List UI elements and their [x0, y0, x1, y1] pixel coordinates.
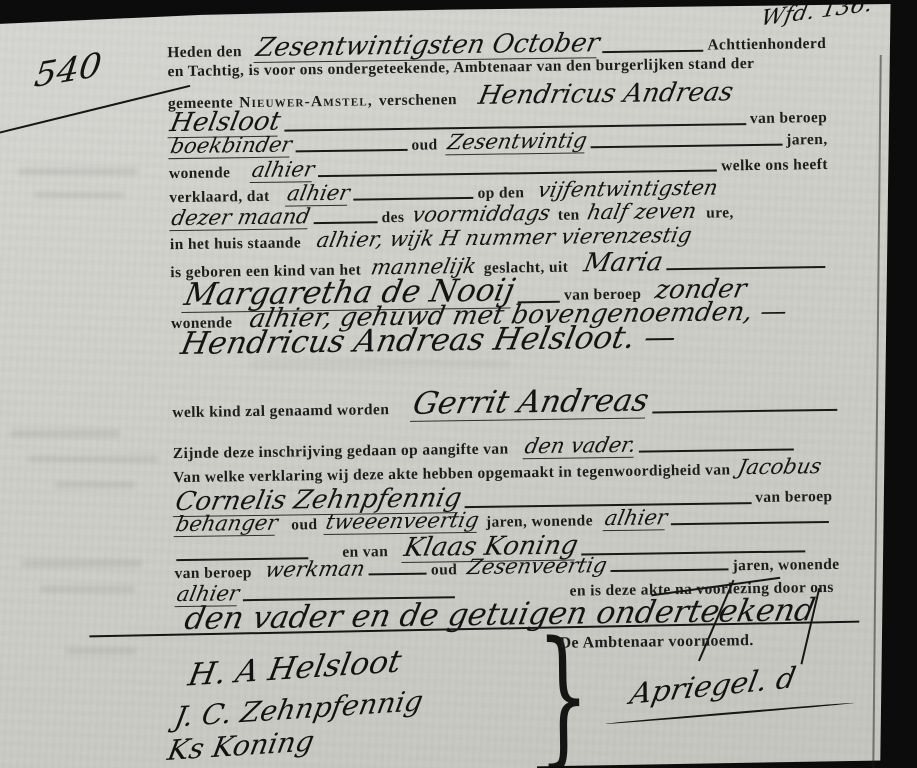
rule-line: [369, 573, 427, 576]
printed-text: oud: [411, 136, 437, 154]
scanned-birth-record-page: 540 Wfd. 136. Heden den Zesentwintigsten…: [0, 0, 917, 768]
printed-text: oud: [431, 561, 457, 579]
act-number: 540: [33, 48, 104, 93]
act-number-flourish: [0, 85, 190, 136]
handwritten-witness1-firstname: Jacobus: [736, 456, 823, 478]
printed-text: jaren, wonende: [732, 556, 839, 575]
printed-text: welke ons heeft: [721, 156, 828, 175]
handwritten-witness2-occupation: werkman: [264, 558, 367, 580]
record-content: 540 Wfd. 136. Heden den Zesentwintigsten…: [0, 0, 917, 768]
printed-text: jaren,: [786, 131, 828, 150]
printed-text: des: [381, 209, 404, 227]
printed-text: Heden den: [167, 43, 242, 62]
rule-line: [603, 50, 704, 53]
handwritten-occupation: boekbinder: [168, 134, 293, 159]
printed-text: van beroep: [750, 109, 828, 128]
printed-text: oud: [291, 516, 317, 534]
handwritten-witness1-occupation: behanger: [174, 513, 280, 537]
handwritten-hour: half zeven: [586, 201, 699, 224]
rule-line: [295, 149, 407, 153]
printed-text: Achttienhonderd: [707, 35, 826, 55]
printed-text: Zijnde deze inschrijving gedaan op aangi…: [173, 440, 509, 463]
handwritten-child-name: Gerrit Andreas: [410, 385, 651, 421]
rule-line: [354, 197, 474, 201]
printed-text: ten: [558, 206, 580, 224]
handwritten-husband-name: Hendricus Andreas Helsloot. —: [178, 322, 678, 360]
handwritten-residence: alhier: [250, 159, 317, 183]
handwritten-witness2-age: Zesenveertig: [465, 555, 608, 578]
rule-line: [671, 521, 829, 525]
handwritten-age: Zesentwintig: [445, 130, 589, 155]
rule-line: [610, 568, 728, 572]
rule-line: [314, 221, 378, 224]
printed-text: op den: [477, 184, 524, 203]
printed-text: welk kind zal genaamd worden: [172, 401, 389, 422]
printed-text: jaren, wonende: [486, 512, 593, 531]
handwritten-witness1-residence: alhier: [603, 507, 670, 531]
printed-text: ure,: [706, 204, 734, 222]
official-heading-row: De Ambtenaar voornoemd.: [559, 632, 753, 653]
handwritten-birthday: vijfentwintigsten: [536, 176, 850, 201]
handwritten-declarant: den vader.: [522, 435, 637, 460]
official-heading: De Ambtenaar voornoemd.: [559, 632, 753, 653]
line-14: welk kind zal genaamd worden Gerrit Andr…: [172, 383, 841, 425]
handwritten-mother-firstname: Maria: [582, 249, 666, 276]
handwritten-place: alhier: [285, 183, 352, 207]
printed-text: wonende: [169, 164, 231, 183]
handwritten-daypart: voormiddags: [410, 203, 552, 226]
printed-text: in het huis staande: [170, 234, 301, 254]
handwritten-month: dezer maand: [169, 206, 312, 231]
signature-father: H. A Helsloot: [185, 643, 404, 693]
rule-line: [639, 448, 794, 452]
rule-line: [591, 144, 783, 149]
rule-line: [667, 266, 826, 270]
rule-line: [652, 409, 837, 414]
signature-official: Apriegel. d: [627, 660, 798, 710]
line-13: Hendricus Andreas Helsloot. —: [181, 320, 850, 360]
